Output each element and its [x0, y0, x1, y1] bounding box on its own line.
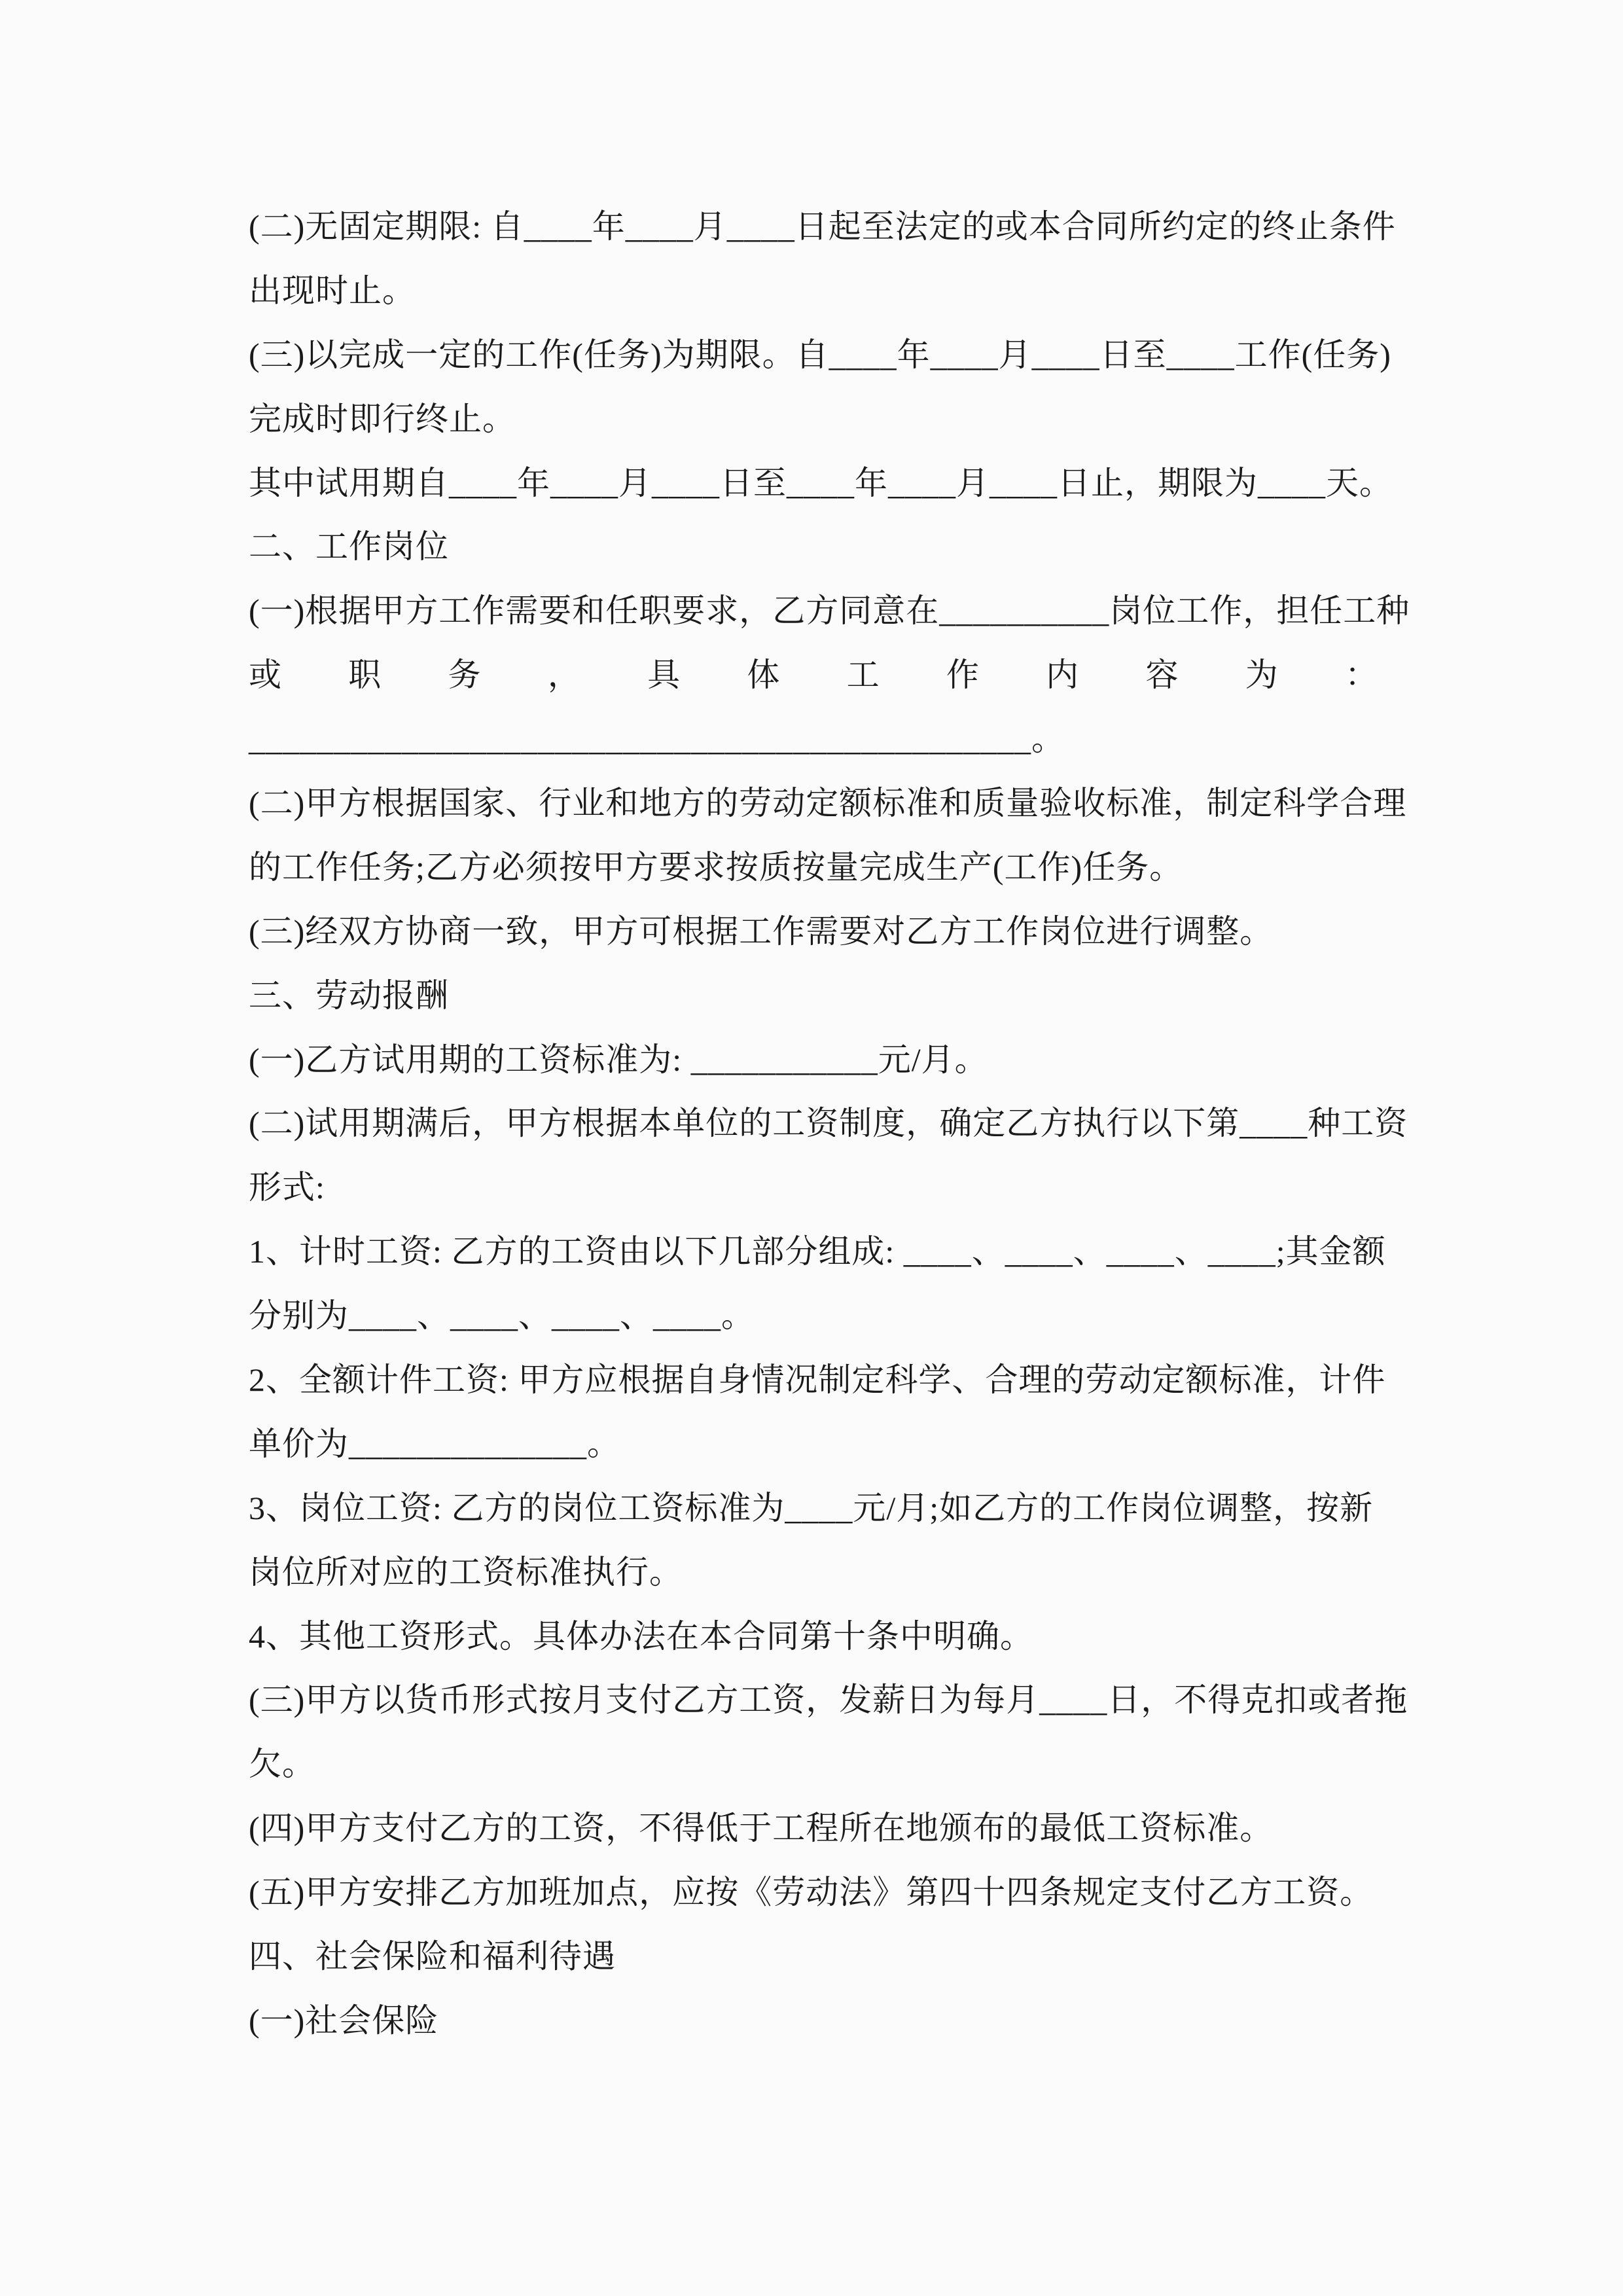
clause-probation-period: 其中试用期自____年____月____日至____年____月____日止，期…: [249, 452, 1378, 516]
clause-position-adjustment: (三)经双方协商一致，甲方可根据工作需要对乙方工作岗位进行调整。: [249, 900, 1378, 964]
clause-term-task-based-cont: 完成时即行终止。: [249, 387, 1378, 452]
section-heading-4-social-insurance: 四、社会保险和福利待遇: [249, 1925, 1378, 1989]
clause-position-agreement-cont: 或 职 务 ， 具 体 工 作 内 容 为 ：: [249, 643, 1378, 708]
clause-other-wage-forms: 4、其他工资形式。具体办法在本合同第十条中明确。: [249, 1605, 1378, 1669]
clause-payday-cont: 欠。: [249, 1732, 1378, 1797]
clause-work-quota-standards: (二)甲方根据国家、行业和地方的劳动定额标准和质量验收标准，制定科学合理: [249, 772, 1378, 836]
clause-piece-rate-wage-cont: 单价为______________。: [249, 1412, 1378, 1477]
clause-payday: (三)甲方以货币形式按月支付乙方工资，发薪日为每月____日，不得克扣或者拖: [249, 1668, 1378, 1732]
clause-term-task-based: (三)以完成一定的工作(任务)为期限。自____年____月____日至____…: [249, 323, 1378, 387]
section-heading-2-work-position: 二、工作岗位: [249, 515, 1378, 579]
fill-in-blank-line: ________________________________________…: [249, 708, 1378, 772]
clause-work-quota-standards-cont: 的工作任务;乙方必须按甲方要求按质按量完成生产(工作)任务。: [249, 836, 1378, 900]
clause-position-agreement: (一)根据甲方工作需要和任职要求，乙方同意在__________岗位工作，担任工…: [249, 579, 1378, 643]
section-heading-3-labor-pay: 三、劳动报酬: [249, 964, 1378, 1028]
clause-hourly-wage-cont: 分别为____、____、____、____。: [249, 1284, 1378, 1348]
clause-wage-form-selection: (二)试用期满后，甲方根据本单位的工资制度，确定乙方执行以下第____种工资: [249, 1092, 1378, 1156]
contract-page: (二)无固定期限: 自____年____月____日起至法定的或本合同所约定的终…: [0, 0, 1623, 2296]
clause-piece-rate-wage: 2、全额计件工资: 甲方应根据自身情况制定科学、合理的劳动定额标准，计件: [249, 1348, 1378, 1412]
clause-probation-wage: (一)乙方试用期的工资标准为: ___________元/月。: [249, 1028, 1378, 1092]
clause-overtime-pay: (五)甲方安排乙方加班加点，应按《劳动法》第四十四条规定支付乙方工资。: [249, 1861, 1378, 1925]
clause-term-open-ended-cont: 出现时止。: [249, 259, 1378, 323]
clause-position-wage-cont: 岗位所对应的工资标准执行。: [249, 1541, 1378, 1605]
contract-text-block: (二)无固定期限: 自____年____月____日起至法定的或本合同所约定的终…: [249, 195, 1378, 2053]
clause-position-wage: 3、岗位工资: 乙方的岗位工资标准为____元/月;如乙方的工作岗位调整，按新: [249, 1477, 1378, 1541]
clause-social-insurance: (一)社会保险: [249, 1989, 1378, 2053]
clause-term-open-ended: (二)无固定期限: 自____年____月____日起至法定的或本合同所约定的终…: [249, 195, 1378, 259]
clause-hourly-wage: 1、计时工资: 乙方的工资由以下几部分组成: ____、____、____、__…: [249, 1220, 1378, 1284]
clause-minimum-wage: (四)甲方支付乙方的工资，不得低于工程所在地颁布的最低工资标准。: [249, 1797, 1378, 1861]
clause-wage-form-selection-cont: 形式:: [249, 1156, 1378, 1220]
